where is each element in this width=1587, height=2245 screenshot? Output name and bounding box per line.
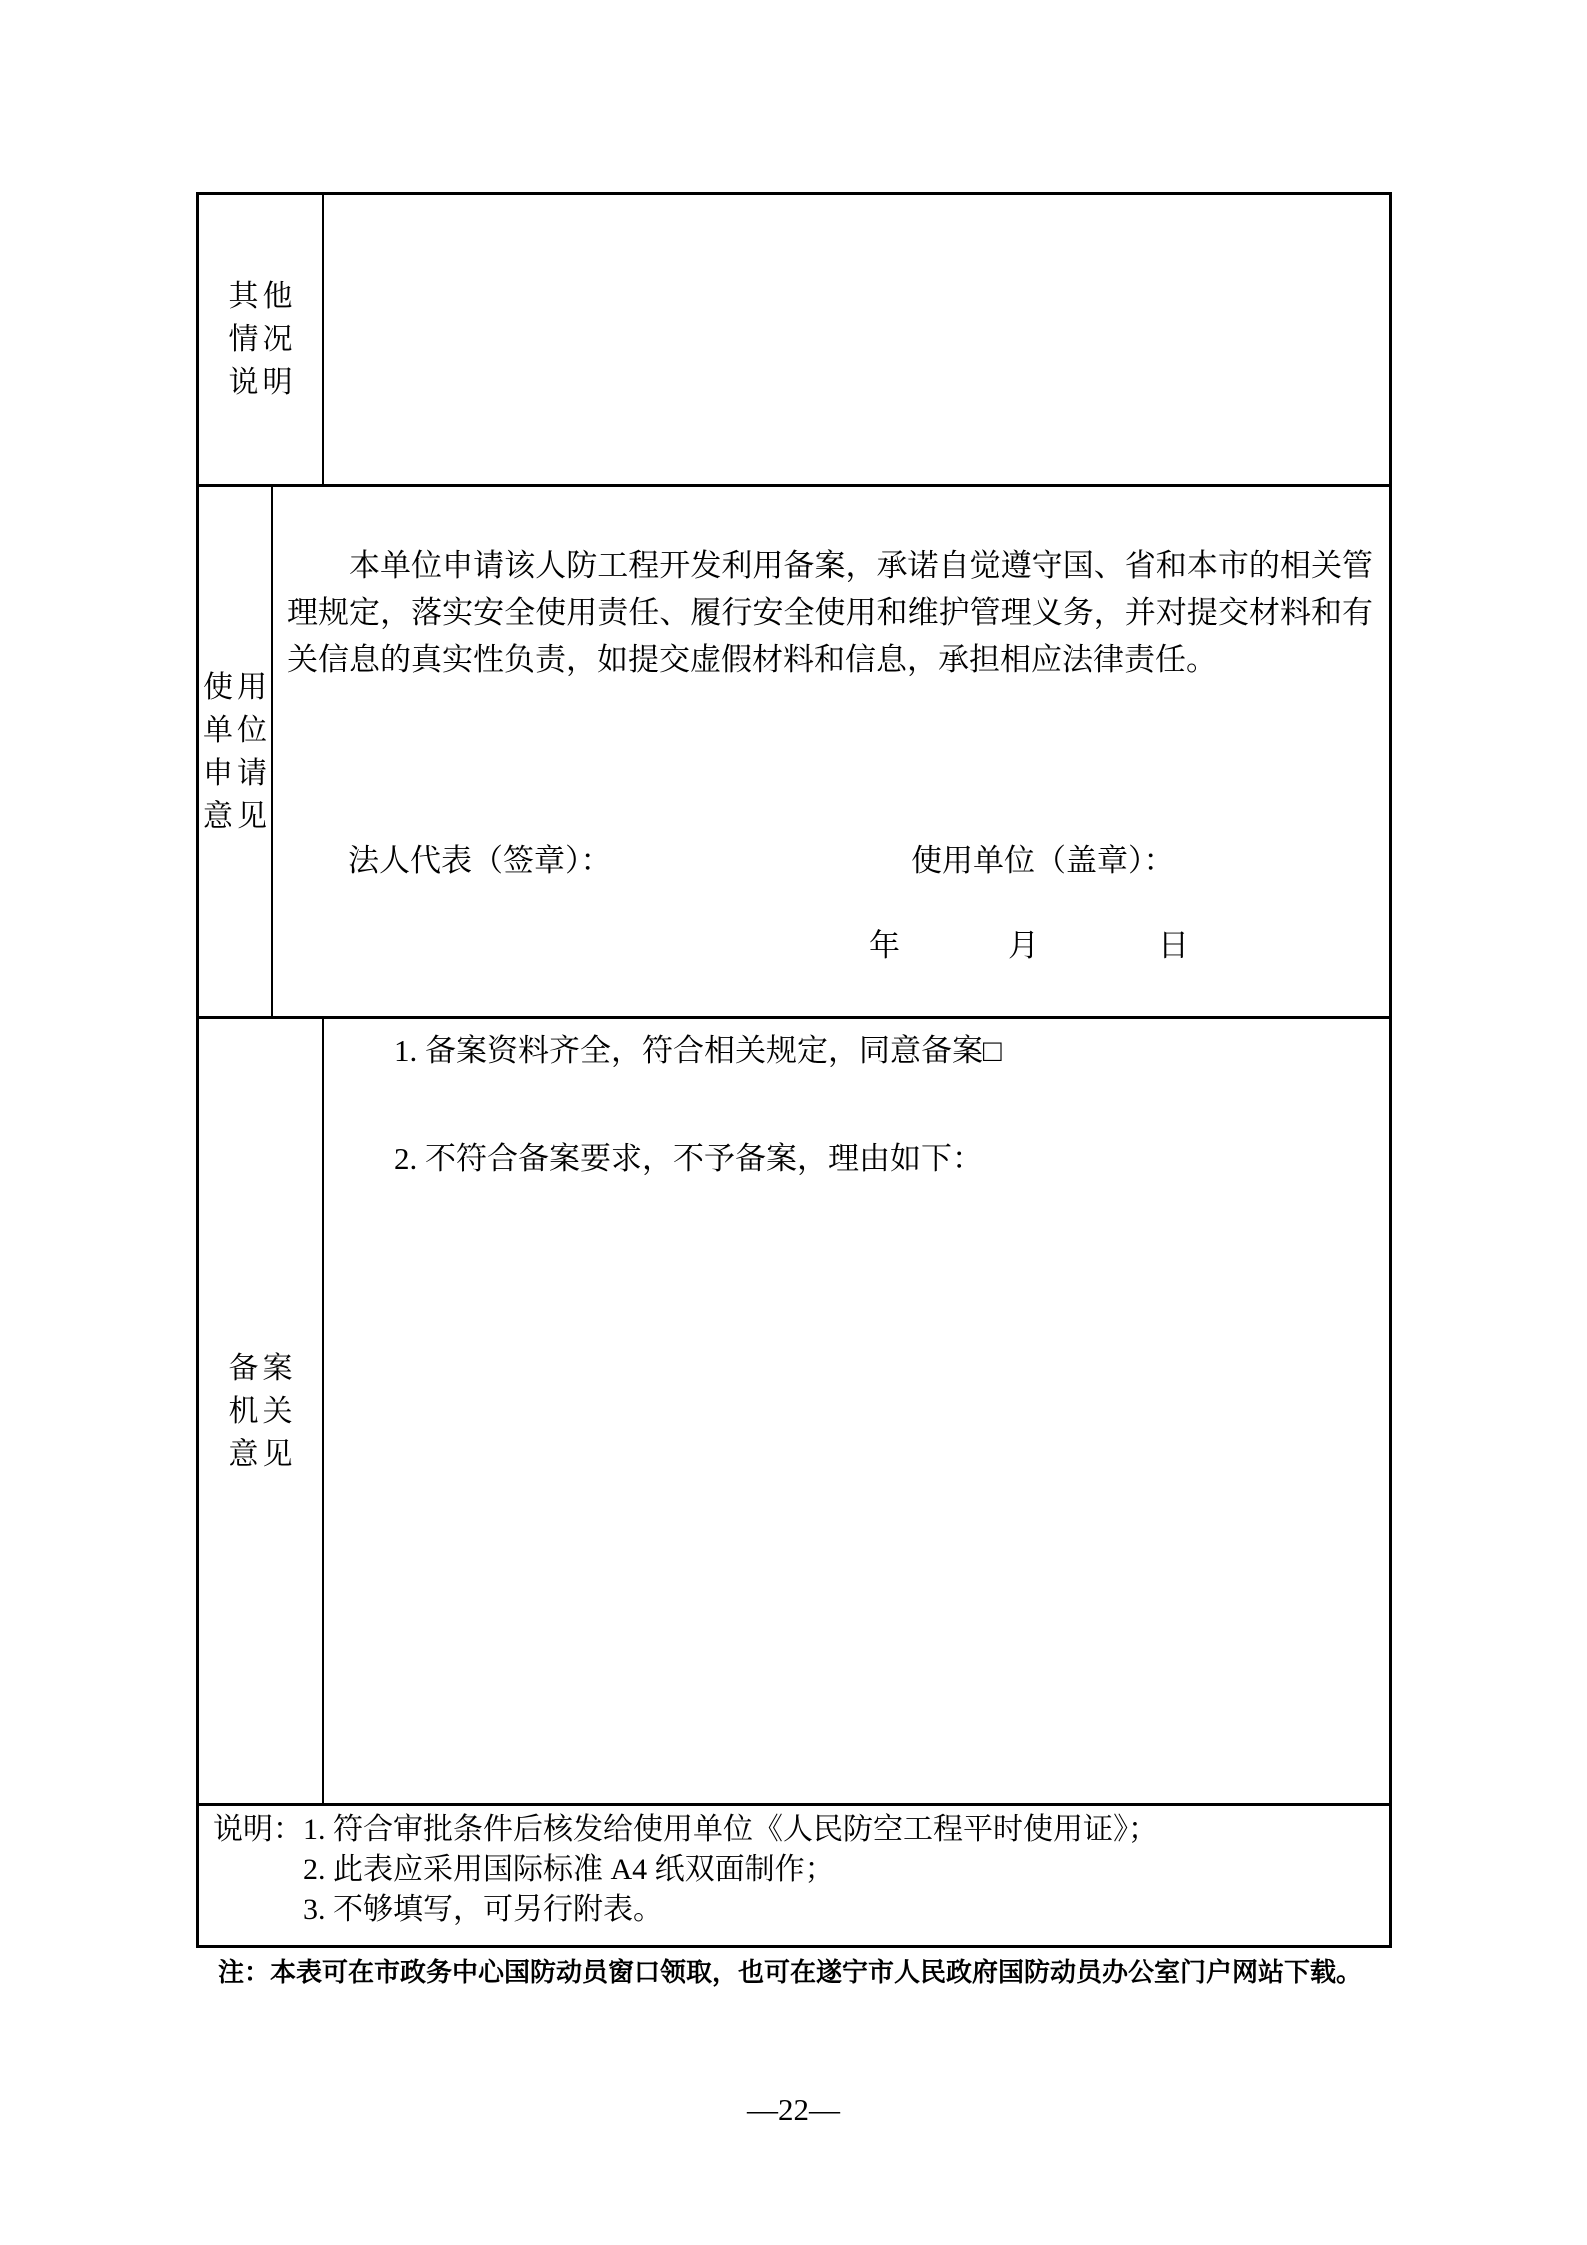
note-item-3: 3. 不够填写，可另行附表。	[303, 1890, 1375, 1930]
row-applicant-opinion: 使用 单位 申请 意见 本单位申请该人防工程开发利用备案，承诺自觉遵守国、省和本…	[199, 484, 1389, 1016]
option-approve: 1. 备案资料齐全，符合相关规定，同意备案□	[394, 1029, 1375, 1073]
year-label: 年	[869, 920, 900, 965]
label-authority-opinion: 备案 机关 意见	[199, 1019, 324, 1803]
row-other-notes: 其他 情况 说明	[199, 195, 1389, 484]
label-line: 备案	[225, 1347, 297, 1390]
option-reject: 2. 不符合备案要求，不予备案，理由如下：	[394, 1137, 1375, 1181]
checkbox-icon: □	[983, 1029, 1002, 1073]
page-number: —22—	[0, 2092, 1587, 2128]
month-label: 月	[1008, 920, 1039, 965]
label-applicant-opinion: 使用 单位 申请 意见	[199, 487, 273, 1016]
notes-label: 说明：	[213, 1813, 303, 1846]
option-approve-text: 1. 备案资料齐全，符合相关规定，同意备案	[394, 1033, 983, 1068]
filing-form-table: 其他 情况 说明 使用 单位 申请 意见 本单位申请该人防工程开发利用备案，承诺…	[196, 192, 1392, 1948]
note-line: 说明：1. 符合审批条件后核发给使用单位《人民防空工程平时使用证》；	[213, 1810, 1375, 1850]
label-line: 使用	[199, 666, 271, 709]
notes-block: 说明：1. 符合审批条件后核发给使用单位《人民防空工程平时使用证》； 2. 此表…	[199, 1806, 1389, 1945]
label-line: 意见	[199, 795, 271, 838]
row-authority-opinion: 备案 机关 意见 1. 备案资料齐全，符合相关规定，同意备案□ 2. 不符合备案…	[199, 1016, 1389, 1803]
label-line: 机关	[225, 1390, 297, 1433]
label-line: 其他	[225, 275, 297, 318]
note-item-2: 2. 此表应采用国际标准 A4 纸双面制作；	[303, 1850, 1375, 1890]
label-line: 情况	[225, 318, 297, 361]
note-item-1: 1. 符合审批条件后核发给使用单位《人民防空工程平时使用证》；	[303, 1813, 1158, 1846]
label-line: 说明	[225, 361, 297, 404]
footnote: 注：本表可在市政务中心国防动员窗口领取，也可在遂宁市人民政府国防动员办公室门户网…	[218, 1956, 1362, 1988]
label-other-notes: 其他 情况 说明	[199, 195, 324, 484]
label-line: 单位	[199, 709, 271, 752]
unit-seal-label: 使用单位（盖章）：	[911, 835, 1175, 880]
label-line: 申请	[199, 752, 271, 795]
applicant-opinion-content: 本单位申请该人防工程开发利用备案，承诺自觉遵守国、省和本市的相关管理规定，落实安…	[273, 487, 1389, 1016]
authority-opinion-content: 1. 备案资料齐全，符合相关规定，同意备案□ 2. 不符合备案要求，不予备案，理…	[324, 1019, 1389, 1803]
other-notes-content	[324, 195, 1389, 484]
row-notes: 说明：1. 符合审批条件后核发给使用单位《人民防空工程平时使用证》； 2. 此表…	[199, 1803, 1389, 1945]
application-statement: 本单位申请该人防工程开发利用备案，承诺自觉遵守国、省和本市的相关管理规定，落实安…	[287, 542, 1373, 683]
legal-rep-signature-label: 法人代表（签章）：	[348, 835, 612, 880]
document-page: 其他 情况 说明 使用 单位 申请 意见 本单位申请该人防工程开发利用备案，承诺…	[0, 0, 1587, 2245]
day-label: 日	[1158, 920, 1189, 965]
label-line: 意见	[225, 1433, 297, 1476]
